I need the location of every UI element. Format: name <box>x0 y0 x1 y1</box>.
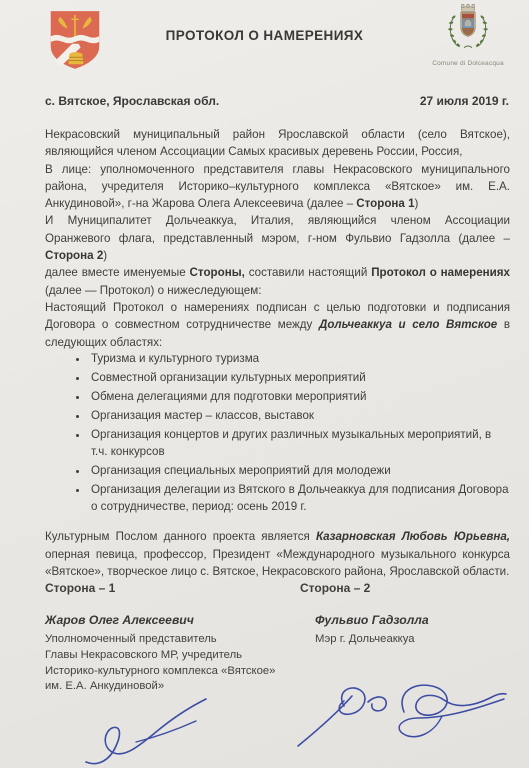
date-text: 27 июля 2019 г. <box>420 94 509 108</box>
signature-headings: Сторона – 1 Сторона – 2 <box>45 580 510 597</box>
party1-line1: Некрасовский муниципальный район Ярослав… <box>45 128 510 158</box>
dolceacqua-emblem-block: Comune di Dolceacqua <box>429 2 507 67</box>
paragraph-cultural-ambassador: Культурным Послом данного проекта являет… <box>45 528 510 580</box>
signatory-left: Жаров Олег Алексеевич Уполномоченный пре… <box>45 612 300 695</box>
paragraph-purpose: Настоящий Протокол о намерениях подписан… <box>45 299 510 351</box>
list-item: Туризма и культурного туризма <box>89 351 510 368</box>
cooperation-areas-list: Туризма и культурного туризма Совместной… <box>45 351 510 515</box>
list-item: Организация специальных мероприятий для … <box>89 463 510 480</box>
party1-heading: Сторона – 1 <box>45 581 115 595</box>
list-item: Организация концертов и других различных… <box>89 427 510 460</box>
document-page: ПРОТОКОЛ О НАМЕРЕНИЯХ <box>0 0 529 768</box>
party1-line2: В лице: уполномоченного представителя гл… <box>45 163 510 211</box>
party1-label: Сторона 1 <box>356 197 414 210</box>
party2-heading: Сторона – 2 <box>300 580 370 597</box>
list-item: Совместной организации культурных меропр… <box>89 370 510 387</box>
place-text: с. Вятское, Ярославская обл. <box>45 94 219 108</box>
dolceacqua-coat-of-arms-icon <box>439 2 497 58</box>
list-item: Организация делегации из Вятского в Доль… <box>89 482 510 515</box>
party2-label: Сторона 2 <box>45 249 103 262</box>
list-item: Организация мастер – классов, выставок <box>89 408 510 425</box>
signatory-right: Фульвио Гадзолла Мэр г. Дольчеаккуа <box>300 612 510 695</box>
document-body: Некрасовский муниципальный район Ярослав… <box>45 126 510 695</box>
signature-columns: Жаров Олег Алексеевич Уполномоченный пре… <box>45 612 510 695</box>
place-date-row: с. Вятское, Ярославская обл. 27 июля 201… <box>45 94 509 108</box>
signature-zharov <box>78 688 248 768</box>
signatory-right-name: Фульвио Гадзолла <box>315 612 510 629</box>
paragraph-party2: И Муниципалитет Дольчеаккуа, Италия, явл… <box>45 212 510 264</box>
signatory-left-name: Жаров Олег Алексеевич <box>45 612 300 629</box>
paragraph-party1: Некрасовский муниципальный район Ярослав… <box>45 126 510 212</box>
paragraph-parties-joint: далее вместе именуемые Стороны, составил… <box>45 264 510 299</box>
list-item: Обмена делегациями для подготовки меропр… <box>89 389 510 406</box>
emblem-caption: Comune di Dolceacqua <box>429 60 507 67</box>
